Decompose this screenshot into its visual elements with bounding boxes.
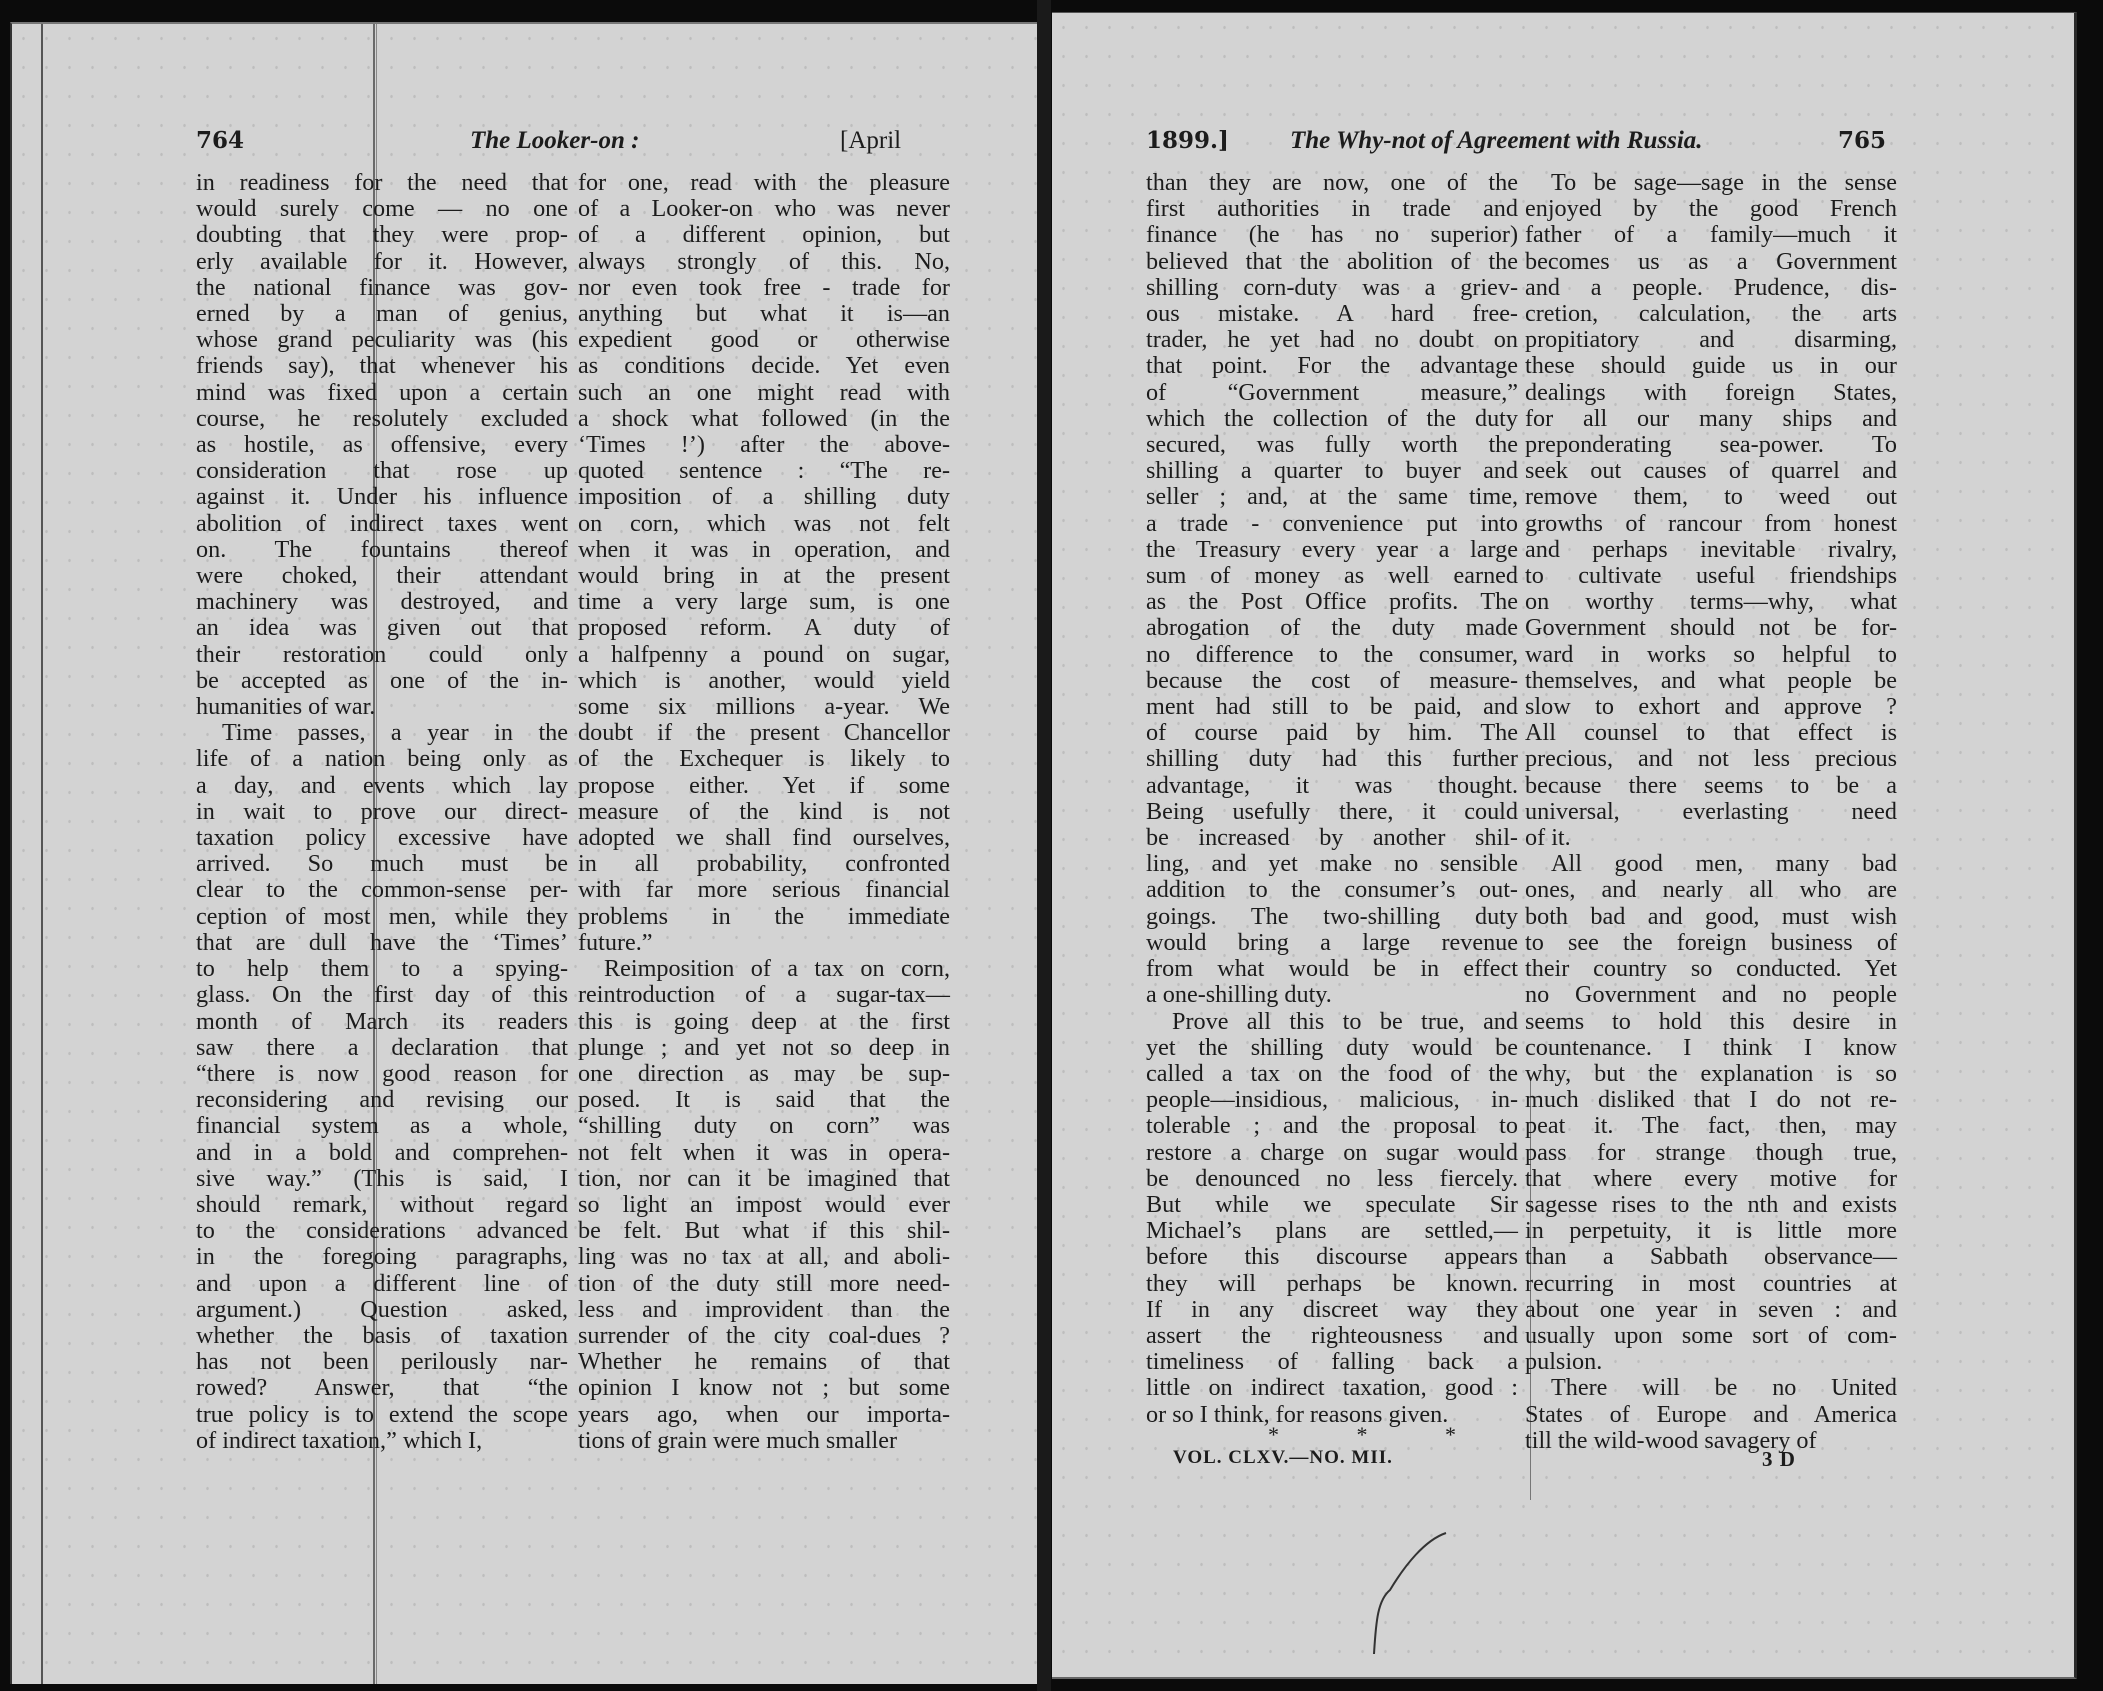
text-line: against it. Under his influence bbox=[196, 484, 568, 510]
text-line: some six millions a-year. We bbox=[578, 694, 950, 720]
text-line: countenance. I think I know bbox=[1525, 1035, 1897, 1061]
text-line: which is another, would yield bbox=[578, 668, 950, 694]
text-line: to cultivate useful friendships bbox=[1525, 563, 1897, 589]
text-line: as the Post Office profits. The bbox=[1146, 589, 1518, 615]
text-line: But while we speculate Sir bbox=[1146, 1192, 1518, 1218]
text-line: a trade - convenience put into bbox=[1146, 511, 1518, 537]
text-line: pulsion. bbox=[1525, 1349, 1897, 1375]
text-line: Reimposition of a tax on corn, bbox=[578, 956, 950, 982]
text-line: Time passes, a year in the bbox=[196, 720, 568, 746]
text-line: ception of most men, while they bbox=[196, 904, 568, 930]
text-line: would bring in at the present bbox=[578, 563, 950, 589]
text-line: “there is now good reason for bbox=[196, 1061, 568, 1087]
text-line: than they are now, one of the bbox=[1146, 170, 1518, 196]
text-line: timeliness of falling back a bbox=[1146, 1349, 1518, 1375]
text-line: universal, everlasting need bbox=[1525, 799, 1897, 825]
text-line: true policy is to extend the scope bbox=[196, 1402, 568, 1428]
text-line: has not been perilously nar- bbox=[196, 1349, 568, 1375]
text-line: argument.) Question asked, bbox=[196, 1297, 568, 1323]
text-line: because the cost of measure- bbox=[1146, 668, 1518, 694]
text-line: ‘Times !’) after the above- bbox=[578, 432, 950, 458]
text-line: ling was no tax at all, and aboli- bbox=[578, 1244, 950, 1270]
text-line: humanities of war. bbox=[196, 694, 568, 720]
text-line: clear to the common-sense per- bbox=[196, 877, 568, 903]
text-line: Whether he remains of that bbox=[578, 1349, 950, 1375]
text-line: to help them to a spying- bbox=[196, 956, 568, 982]
text-line: of a different opinion, but bbox=[578, 222, 950, 248]
text-line: called a tax on the food of the bbox=[1146, 1061, 1518, 1087]
text-line: arrived. So much must be bbox=[196, 851, 568, 877]
text-line: mind was fixed upon a certain bbox=[196, 380, 568, 406]
text-line: trader, he yet had no doubt on bbox=[1146, 327, 1518, 353]
text-line: were choked, their attendant bbox=[196, 563, 568, 589]
text-line: cretion, calculation, the arts bbox=[1525, 301, 1897, 327]
text-line: slow to exhort and approve ? bbox=[1525, 694, 1897, 720]
text-line: from what would be in effect bbox=[1146, 956, 1518, 982]
text-line: such an one might read with bbox=[578, 380, 950, 406]
text-line: for one, read with the pleasure bbox=[578, 170, 950, 196]
text-line: propitiatory and disarming, bbox=[1525, 327, 1897, 353]
text-line: of a Looker-on who was never bbox=[578, 196, 950, 222]
text-line: restore a charge on sugar would bbox=[1146, 1140, 1518, 1166]
text-line: whether the basis of taxation bbox=[196, 1323, 568, 1349]
text-line: dealings with foreign States, bbox=[1525, 380, 1897, 406]
text-line: There will be no United bbox=[1525, 1375, 1897, 1401]
text-line: and upon a different line of bbox=[196, 1271, 568, 1297]
text-line: be felt. But what if this shil- bbox=[578, 1218, 950, 1244]
text-line: month of March its readers bbox=[196, 1009, 568, 1035]
text-line: an idea was given out that bbox=[196, 615, 568, 641]
text-line: less and improvident than the bbox=[578, 1297, 950, 1323]
text-line: surrender of the city coal-dues ? bbox=[578, 1323, 950, 1349]
text-line: people—insidious, malicious, in- bbox=[1146, 1087, 1518, 1113]
text-line: themselves, and what people be bbox=[1525, 668, 1897, 694]
text-line: seems to hold this desire in bbox=[1525, 1009, 1897, 1035]
text-line: about one year in seven : and bbox=[1525, 1297, 1897, 1323]
text-line: measure of the kind is not bbox=[578, 799, 950, 825]
text-line: of “Government measure,” bbox=[1146, 380, 1518, 406]
date-label: [April bbox=[840, 127, 901, 154]
text-line: because there seems to be a bbox=[1525, 773, 1897, 799]
right-date: 1899.] bbox=[1146, 126, 1229, 156]
text-line: future.” bbox=[578, 930, 950, 956]
text-line: the Treasury every year a large bbox=[1146, 537, 1518, 563]
text-line: proposed reform. A duty of bbox=[578, 615, 950, 641]
text-line: that where every motive for bbox=[1525, 1166, 1897, 1192]
text-line: no Government and no people bbox=[1525, 982, 1897, 1008]
text-line: they will perhaps be known. bbox=[1146, 1271, 1518, 1297]
text-line: ward in works so helpful to bbox=[1525, 642, 1897, 668]
text-line: advantage, it was thought. bbox=[1146, 773, 1518, 799]
text-line: opinion I know not ; but some bbox=[578, 1375, 950, 1401]
right-folio: 765 bbox=[1838, 126, 1886, 156]
text-line: erly available for it. However, bbox=[196, 249, 568, 275]
text-line: a halfpenny a pound on sugar, bbox=[578, 642, 950, 668]
pencil-mark bbox=[1370, 1520, 1460, 1660]
text-line: precious, and not less precious bbox=[1525, 746, 1897, 772]
text-line: friends say), that whenever his bbox=[196, 353, 568, 379]
text-line: for all our many ships and bbox=[1525, 406, 1897, 432]
text-line: no difference to the consumer, bbox=[1146, 642, 1518, 668]
text-line: on worthy terms—why, what bbox=[1525, 589, 1897, 615]
date-label: 1899.] bbox=[1146, 127, 1229, 154]
text-line: machinery was destroyed, and bbox=[196, 589, 568, 615]
text-line: tion of the duty still more need- bbox=[578, 1271, 950, 1297]
text-line: be accepted as one of the in- bbox=[196, 668, 568, 694]
text-line: sive way.” (This is said, I bbox=[196, 1166, 568, 1192]
text-line: both bad and good, must wish bbox=[1525, 904, 1897, 930]
text-line: be denounced no less fiercely. bbox=[1146, 1166, 1518, 1192]
text-line: goings. The two-shilling duty bbox=[1146, 904, 1518, 930]
text-line: to see the foreign business of bbox=[1525, 930, 1897, 956]
text-line: enjoyed by the good French bbox=[1525, 196, 1897, 222]
text-line: to the considerations advanced bbox=[196, 1218, 568, 1244]
text-line: which the collection of the duty bbox=[1146, 406, 1518, 432]
text-line: little on indirect taxation, good : bbox=[1146, 1375, 1518, 1401]
text-line: believed that the abolition of the bbox=[1146, 249, 1518, 275]
text-line: should remark, without regard bbox=[196, 1192, 568, 1218]
text-line: usually upon some sort of com- bbox=[1525, 1323, 1897, 1349]
running-title: The Why-not of Agreement with Russia. bbox=[1290, 127, 1703, 154]
text-line: so light an impost would ever bbox=[578, 1192, 950, 1218]
text-line: in perpetuity, it is little more bbox=[1525, 1218, 1897, 1244]
text-line: financial system as a whole, bbox=[196, 1113, 568, 1139]
text-line: plunge ; and yet not so deep in bbox=[578, 1035, 950, 1061]
text-line: sum of money as well earned bbox=[1146, 563, 1518, 589]
text-line: shilling corn-duty was a griev- bbox=[1146, 275, 1518, 301]
printer-signature: 3 D bbox=[1762, 1447, 1796, 1472]
text-line: of course paid by him. The bbox=[1146, 720, 1518, 746]
text-line: always strongly of this. No, bbox=[578, 249, 950, 275]
text-line: whose grand peculiarity was (his bbox=[196, 327, 568, 353]
text-line: course, he resolutely excluded bbox=[196, 406, 568, 432]
text-line: seek out causes of quarrel and bbox=[1525, 458, 1897, 484]
text-line: than a Sabbath observance— bbox=[1525, 1244, 1897, 1270]
text-line: States of Europe and America bbox=[1525, 1402, 1897, 1428]
text-line: a one-shilling duty. bbox=[1146, 982, 1518, 1008]
text-line: If in any discreet way they bbox=[1146, 1297, 1518, 1323]
text-line: preponderating sea-power. To bbox=[1525, 432, 1897, 458]
text-line: nor even took free - trade for bbox=[578, 275, 950, 301]
text-line: All good men, many bad bbox=[1525, 851, 1897, 877]
text-line: as conditions decide. Yet even bbox=[578, 353, 950, 379]
text-line: ous mistake. A hard free- bbox=[1146, 301, 1518, 327]
text-line: till the wild-wood savagery of bbox=[1525, 1428, 1897, 1454]
text-line: the national finance was gov- bbox=[196, 275, 568, 301]
text-line: be increased by another shil- bbox=[1146, 825, 1518, 851]
text-line: of indirect taxation,” which I, bbox=[196, 1428, 568, 1454]
text-line: quoted sentence : “The re- bbox=[578, 458, 950, 484]
text-column-1: in readiness for the need thatwould sure… bbox=[196, 170, 568, 1454]
text-line: ling, and yet make no sensible bbox=[1146, 851, 1518, 877]
text-line: Prove all this to be true, and bbox=[1146, 1009, 1518, 1035]
text-line: problems in the immediate bbox=[578, 904, 950, 930]
text-line: tions of grain were much smaller bbox=[578, 1428, 950, 1454]
text-line: their country so conducted. Yet bbox=[1525, 956, 1897, 982]
text-line: tion, nor can it be imagined that bbox=[578, 1166, 950, 1192]
text-line: All counsel to that effect is bbox=[1525, 720, 1897, 746]
text-line: Michael’s plans are settled,— bbox=[1146, 1218, 1518, 1244]
text-line: of it. bbox=[1525, 825, 1897, 851]
text-line: not felt when it was in opera- bbox=[578, 1140, 950, 1166]
text-line: peat it. The fact, then, may bbox=[1525, 1113, 1897, 1139]
text-line: before this discourse appears bbox=[1146, 1244, 1518, 1270]
text-line: would bring a large revenue bbox=[1146, 930, 1518, 956]
text-line: addition to the consumer’s out- bbox=[1146, 877, 1518, 903]
page-edge-line bbox=[41, 24, 43, 1684]
text-line: years ago, when our importa- bbox=[578, 1402, 950, 1428]
text-line: life of a nation being only as bbox=[196, 746, 568, 772]
volume-signature: VOL. CLXV.—NO. MII. bbox=[1173, 1447, 1393, 1469]
text-line: imposition of a shilling duty bbox=[578, 484, 950, 510]
text-line: reintroduction of a sugar-tax— bbox=[578, 982, 950, 1008]
text-line: becomes us as a Government bbox=[1525, 249, 1897, 275]
text-line: tolerable ; and the proposal to bbox=[1146, 1113, 1518, 1139]
text-line: rowed? Answer, that “the bbox=[196, 1375, 568, 1401]
text-line: shilling a quarter to buyer and bbox=[1146, 458, 1518, 484]
text-line: in readiness for the need that bbox=[196, 170, 568, 196]
text-line: reconsidering and revising our bbox=[196, 1087, 568, 1113]
text-line: in all probability, confronted bbox=[578, 851, 950, 877]
text-line: these should guide us in our bbox=[1525, 353, 1897, 379]
text-line: saw there a declaration that bbox=[196, 1035, 568, 1061]
text-line: in wait to prove our direct- bbox=[196, 799, 568, 825]
text-line: erned by a man of genius, bbox=[196, 301, 568, 327]
text-line: and in a bold and comprehen- bbox=[196, 1140, 568, 1166]
text-column-3: than they are now, one of thefirst autho… bbox=[1146, 170, 1518, 1428]
text-line: anything but what it is—an bbox=[578, 301, 950, 327]
text-line: expedient good or otherwise bbox=[578, 327, 950, 353]
text-line: that are dull have the ‘Times’ bbox=[196, 930, 568, 956]
text-line: growths of rancour from honest bbox=[1525, 511, 1897, 537]
text-line: abolition of indirect taxes went bbox=[196, 511, 568, 537]
text-line: why, but the explanation is so bbox=[1525, 1061, 1897, 1087]
text-line: sagesse rises to the nth and exists bbox=[1525, 1192, 1897, 1218]
text-line: adopted we shall find ourselves, bbox=[578, 825, 950, 851]
text-line: propose either. Yet if some bbox=[578, 773, 950, 799]
text-line: their restoration could only bbox=[196, 642, 568, 668]
left-folio: 764 bbox=[196, 126, 244, 156]
text-line: on. The fountains thereof bbox=[196, 537, 568, 563]
section-break: * * * bbox=[1268, 1422, 1492, 1448]
text-line: Government should not be for- bbox=[1525, 615, 1897, 641]
text-line: shilling duty had this further bbox=[1146, 746, 1518, 772]
text-line: taxation policy excessive have bbox=[196, 825, 568, 851]
text-line: pass for strange though true, bbox=[1525, 1140, 1897, 1166]
text-line: remove them, to weed out bbox=[1525, 484, 1897, 510]
text-line: “shilling duty on corn” was bbox=[578, 1113, 950, 1139]
text-line: when it was in operation, and bbox=[578, 537, 950, 563]
text-line: doubt if the present Chancellor bbox=[578, 720, 950, 746]
text-line: yet the shilling duty would be bbox=[1146, 1035, 1518, 1061]
text-line: time a very large sum, is one bbox=[578, 589, 950, 615]
text-line: doubting that they were prop- bbox=[196, 222, 568, 248]
text-column-2: for one, read with the pleasureof a Look… bbox=[578, 170, 950, 1454]
text-line: secured, was fully worth the bbox=[1146, 432, 1518, 458]
right-running-title: The Why-not of Agreement with Russia. bbox=[1290, 126, 1703, 156]
text-line: finance (he has no superior) bbox=[1146, 222, 1518, 248]
text-line: assert the righteousness and bbox=[1146, 1323, 1518, 1349]
text-line: To be sage—sage in the sense bbox=[1525, 170, 1897, 196]
text-line: consideration that rose up bbox=[196, 458, 568, 484]
text-line: this is going deep at the first bbox=[578, 1009, 950, 1035]
text-column-4: To be sage—sage in the senseenjoyed by t… bbox=[1525, 170, 1897, 1454]
text-line: ones, and nearly all who are bbox=[1525, 877, 1897, 903]
left-running-title: The Looker-on : bbox=[470, 126, 639, 156]
page-number: 765 bbox=[1838, 127, 1886, 154]
text-line: glass. On the first day of this bbox=[196, 982, 568, 1008]
text-line: and perhaps inevitable rivalry, bbox=[1525, 537, 1897, 563]
text-line: posed. It is said that the bbox=[578, 1087, 950, 1113]
text-line: seller ; and, at the same time, bbox=[1146, 484, 1518, 510]
text-line: abrogation of the duty made bbox=[1146, 615, 1518, 641]
left-date: [April bbox=[840, 126, 901, 156]
text-line: would surely come — no one bbox=[196, 196, 568, 222]
text-line: and a people. Prudence, dis- bbox=[1525, 275, 1897, 301]
text-line: that point. For the advantage bbox=[1146, 353, 1518, 379]
text-line: as hostile, as offensive, every bbox=[196, 432, 568, 458]
text-line: father of a family—much it bbox=[1525, 222, 1897, 248]
text-line: in the foregoing paragraphs, bbox=[196, 1244, 568, 1270]
running-title: The Looker-on : bbox=[470, 127, 639, 154]
text-line: on corn, which was not felt bbox=[578, 511, 950, 537]
text-line: a day, and events which lay bbox=[196, 773, 568, 799]
text-line: recurring in most countries at bbox=[1525, 1271, 1897, 1297]
text-line: ment had still to be paid, and bbox=[1146, 694, 1518, 720]
text-line: much disliked that I do not re- bbox=[1525, 1087, 1897, 1113]
page-number: 764 bbox=[196, 127, 244, 154]
text-line: of the Exchequer is likely to bbox=[578, 746, 950, 772]
text-line: with far more serious financial bbox=[578, 877, 950, 903]
book-gutter bbox=[1037, 0, 1051, 1691]
text-line: one direction as may be sup- bbox=[578, 1061, 950, 1087]
text-line: first authorities in trade and bbox=[1146, 196, 1518, 222]
text-line: a shock what followed (in the bbox=[578, 406, 950, 432]
text-line: Being usefully there, it could bbox=[1146, 799, 1518, 825]
